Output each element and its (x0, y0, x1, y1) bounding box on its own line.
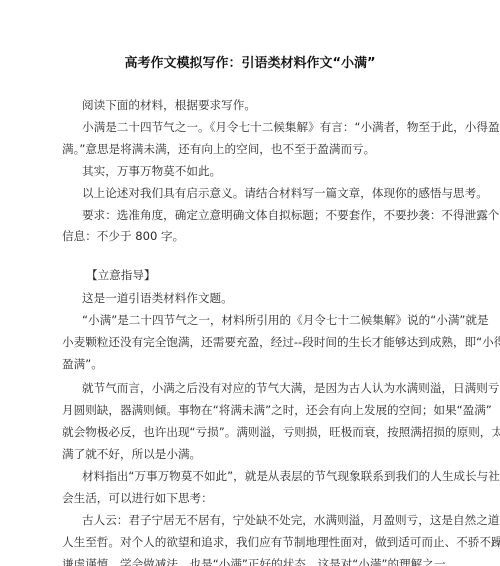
paragraph-guidance: 人生至哲。对个人的欲望和追求，我们应有节制地理性面对，做到适可而止、不骄不躁， (62, 535, 500, 549)
paragraph-guidance: 会生活，可以进行如下思考： (62, 491, 213, 505)
paragraph-material-line: 满。”意思是将满未满，还有向上的空间，也不至于盈满而亏。 (62, 142, 375, 156)
section-heading-guidance: 【立意指导】 (86, 268, 156, 282)
paragraph-guidance: 这是一道引语类材料作文题。 (82, 291, 233, 305)
paragraph-guidance: “小满”是二十四节气之一，材料所引用的《月令七十二候集解》说的“小满”就是 (82, 313, 489, 327)
paragraph-guidance: 谦虚谨慎，学会做减法，也是“小满”正好的状态。这是对“小满”的理解之一。 (62, 557, 457, 566)
paragraph-requirements: 要求：选准角度，确定立意明确文体自拟标题；不要套作，不要抄袭：不得泄露个人 (82, 208, 500, 222)
paragraph-guidance: 材料指出“万事万物莫不如此”，就是从表层的节气现象联系到我们的人生成长与社 (82, 469, 500, 483)
paragraph-instruction: 阅读下面的材料，根据要求写作。 (82, 98, 256, 112)
document-title: 高考作文模拟写作：引语类材料作文“小满” (0, 52, 500, 71)
paragraph-guidance: 古人云：君子宁居无不居有，宁处缺不处完，水满则溢，月盈则亏，这是自然之道， (82, 513, 500, 527)
paragraph-guidance: 月圆则缺，器满则倾。事物在“将满未满”之时，还会有向上发展的空间；如果“盈满” (62, 403, 492, 417)
paragraph-guidance: 满了就不好，所以是小满。 (62, 447, 201, 461)
paragraph-guidance: 就节气而言，小满之后没有对应的节气大满，是因为古人认为水满则溢，日满则亏， (82, 381, 500, 395)
paragraph-task: 以上论述对我们具有启示意义。请结合材料写一篇文章，体现你的感悟与思考。 (82, 186, 488, 200)
paragraph-material-line: 其实，万事万物莫不如此。 (82, 164, 221, 178)
paragraph-guidance: 盈满”。 (62, 357, 103, 371)
paragraph-guidance: 小麦颗粒还没有完全饱满，还需要充盈，经过--段时间的生长才能够达到成熟，即“小得 (62, 335, 500, 349)
paragraph-guidance: 就会物极必反，也许出现“亏损”。满则溢，亏则损，旺极而衰，按照满招损的原则，太 (62, 425, 500, 439)
paragraph-material-line: 小满是二十四节气之一。《月令七十二候集解》有言：“小满者，物至于此，小得盈 (82, 120, 500, 134)
paragraph-requirements: 信息：不少于 800 字。 (62, 229, 184, 243)
